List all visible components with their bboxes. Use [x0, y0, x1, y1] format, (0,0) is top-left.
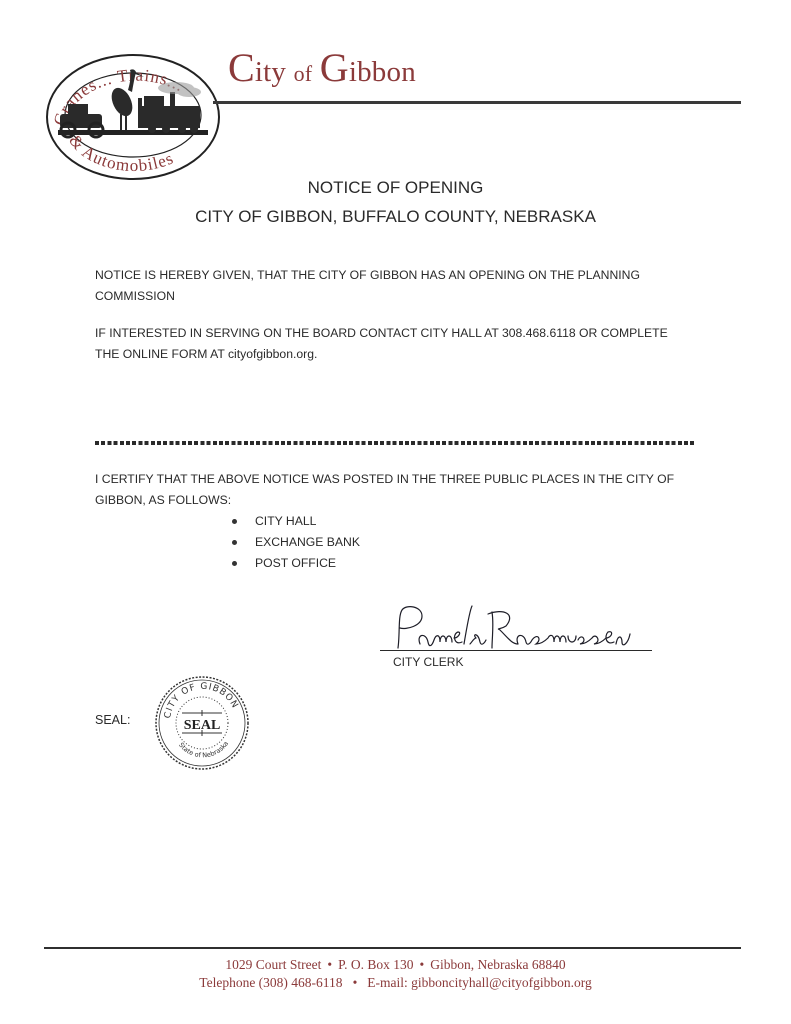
- posting-locations-list: CITY HALL EXCHANGE BANK POST OFFICE: [232, 511, 360, 574]
- signature-line: [380, 650, 652, 651]
- header-rule: [213, 101, 741, 104]
- svg-text:SEAL: SEAL: [184, 718, 221, 733]
- interest-paragraph: IF INTERESTED IN SERVING ON THE BOARD CO…: [95, 323, 695, 365]
- location-label: CITY HALL: [255, 514, 316, 528]
- footer-email[interactable]: E-mail: gibboncityhall@cityofgibbon.org: [367, 975, 591, 990]
- signer-title: CITY CLERK: [393, 655, 463, 669]
- footer-telephone: Telephone (308) 468-6118: [199, 975, 342, 990]
- cranes-trains-automobiles-logo-icon: Cranes... Trains... & Automobiles: [44, 52, 222, 182]
- seal-stamp-icon: CITY OF GIBBON State of Nebraska SEAL: [152, 673, 252, 773]
- title-ity: ity: [255, 56, 286, 88]
- svg-text:CITY OF GIBBON: CITY OF GIBBON: [163, 682, 240, 720]
- footer-city-state-zip: Gibbon, Nebraska 68840: [430, 957, 565, 972]
- list-item: POST OFFICE: [232, 553, 360, 574]
- list-item: CITY HALL: [232, 511, 360, 532]
- dotted-divider: [95, 441, 695, 445]
- bullet-icon: [232, 561, 237, 566]
- city-title: City of Gibbon: [228, 44, 416, 91]
- footer-rule: [44, 947, 741, 949]
- seal-label: SEAL:: [95, 713, 130, 727]
- svg-text:State of Nebraska: State of Nebraska: [177, 740, 230, 760]
- notice-subtitle: CITY OF GIBBON, BUFFALO COUNTY, NEBRASKA: [0, 207, 791, 227]
- svg-text:& Automobiles: & Automobiles: [65, 131, 176, 175]
- bullet-icon: [232, 519, 237, 524]
- separator-bullet-icon: •: [353, 975, 358, 990]
- separator-bullet-icon: •: [420, 957, 425, 972]
- title-of: of: [294, 61, 313, 86]
- title-initial-g: G: [320, 45, 349, 90]
- notice-title: NOTICE OF OPENING: [0, 178, 791, 198]
- footer-contact: Telephone (308) 468-6118•E-mail: gibbonc…: [0, 975, 791, 991]
- separator-bullet-icon: •: [327, 957, 332, 972]
- location-label: POST OFFICE: [255, 556, 336, 570]
- footer-po-box: P. O. Box 130: [338, 957, 413, 972]
- notice-paragraph: NOTICE IS HEREBY GIVEN, THAT THE CITY OF…: [95, 265, 695, 307]
- bullet-icon: [232, 540, 237, 545]
- footer-street: 1029 Court Street: [225, 957, 321, 972]
- signature: [392, 604, 642, 656]
- city-seal: CITY OF GIBBON State of Nebraska SEAL: [152, 673, 252, 773]
- certification-statement: I CERTIFY THAT THE ABOVE NOTICE WAS POST…: [95, 469, 695, 511]
- location-label: EXCHANGE BANK: [255, 535, 360, 549]
- title-ibbon: ibbon: [349, 56, 416, 88]
- handwritten-signature-icon: [392, 604, 642, 656]
- city-logo: Cranes... Trains... & Automobiles: [44, 52, 222, 182]
- list-item: EXCHANGE BANK: [232, 532, 360, 553]
- title-initial-c: C: [228, 45, 255, 90]
- footer-address: 1029 Court Street•P. O. Box 130•Gibbon, …: [0, 957, 791, 973]
